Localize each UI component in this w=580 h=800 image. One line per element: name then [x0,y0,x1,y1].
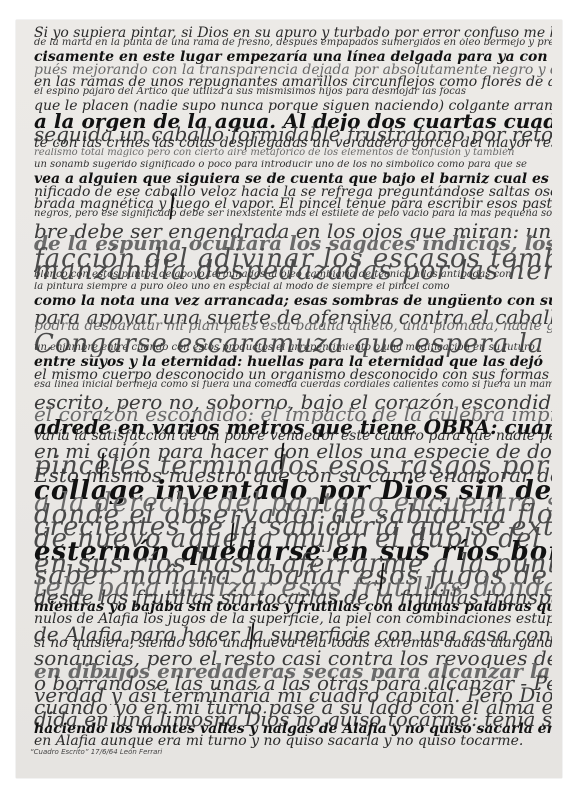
manuscript-line: esa línea inicial bermeja como si fuera … [34,380,552,390]
manuscript-line: blanco con estos puntos de apoyo termina… [34,270,552,280]
artwork-caption: “Cuadro Escrito” 17/6/64 León Ferrari [30,748,162,756]
manuscript-line: un sonamb sugerido significado o poco pa… [34,160,552,170]
manuscript-line: en Alafia aunque era mi turno y no quiso… [34,734,552,748]
manuscript-line: un enjambre entre cuando con estos produ… [34,343,552,353]
manuscript-sheet: Si yo supiera pintar, si Dios en su apur… [16,20,562,778]
manuscript-line: el espino pájaro del Ártico que utiliza … [34,87,552,97]
manuscript-line: la pintura siempre a puro óleo uno en es… [34,282,552,292]
manuscript-line: negros, pero ese significado debe ser in… [34,209,552,219]
manuscript-line: realismo total mágico pero con cierto ai… [34,148,552,158]
manuscript-line: de la marta en la punta de una rama de f… [34,38,552,48]
